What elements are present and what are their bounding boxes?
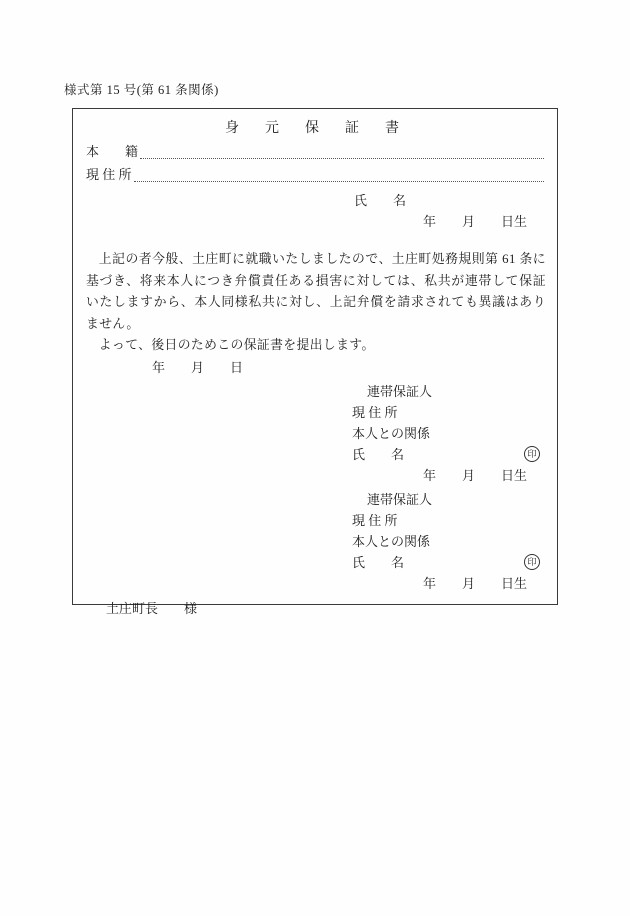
- addressee-label: 土庄町長 様: [86, 598, 544, 619]
- form-border-box: 身 元 保 証 書 本 籍 現 住 所 氏 名 年 月 日生 上記の者今般、土庄…: [72, 108, 558, 605]
- guarantor-name-label: 氏 名: [352, 552, 404, 573]
- guarantor-address-label: 現 住 所: [86, 402, 544, 423]
- form-number-label: 様式第 15 号(第 61 条関係): [64, 80, 219, 98]
- body-paragraph-1: 上記の者今般、土庄町に就職いたしましたので、土庄町処務規則第 61 条に基づき、…: [86, 249, 546, 335]
- document-page: 様式第 15 号(第 61 条関係) 身 元 保 証 書 本 籍 現 住 所 氏…: [0, 0, 630, 916]
- applicant-name-label: 氏 名: [86, 190, 544, 211]
- body-paragraph-2: よって、後日のためこの保証書を提出します。: [86, 335, 546, 357]
- guarantor-heading: 連帯保証人: [86, 489, 544, 510]
- submission-date-line: 年 月 日: [86, 357, 544, 378]
- guarantor-name-row: 氏 名 印: [86, 552, 544, 573]
- registered-domicile-row: 本 籍: [86, 141, 544, 162]
- guarantor-heading: 連帯保証人: [86, 381, 544, 402]
- seal-icon: 印: [524, 446, 540, 462]
- guarantor-relation-label: 本人との関係: [86, 423, 544, 444]
- current-address-label: 現 住 所: [86, 165, 132, 185]
- current-address-row: 現 住 所: [86, 164, 544, 185]
- guarantor-name-row: 氏 名 印: [86, 444, 544, 465]
- guarantor-address-label: 現 住 所: [86, 510, 544, 531]
- current-address-fill-line: [134, 168, 544, 182]
- guarantor-block-2: 連帯保証人 現 住 所 本人との関係 氏 名 印 年 月 日生: [86, 489, 544, 594]
- guarantor-name-label: 氏 名: [352, 444, 404, 465]
- guarantor-birthdate-label: 年 月 日生: [86, 573, 544, 594]
- registered-domicile-label: 本 籍: [86, 142, 138, 162]
- applicant-birthdate-label: 年 月 日生: [86, 211, 544, 232]
- guarantor-block-1: 連帯保証人 現 住 所 本人との関係 氏 名 印 年 月 日生: [86, 381, 544, 486]
- guarantor-relation-label: 本人との関係: [86, 531, 544, 552]
- registered-domicile-fill-line: [140, 145, 544, 159]
- guarantor-birthdate-label: 年 月 日生: [86, 465, 544, 486]
- seal-icon: 印: [524, 554, 540, 570]
- form-title: 身 元 保 証 書: [86, 118, 544, 139]
